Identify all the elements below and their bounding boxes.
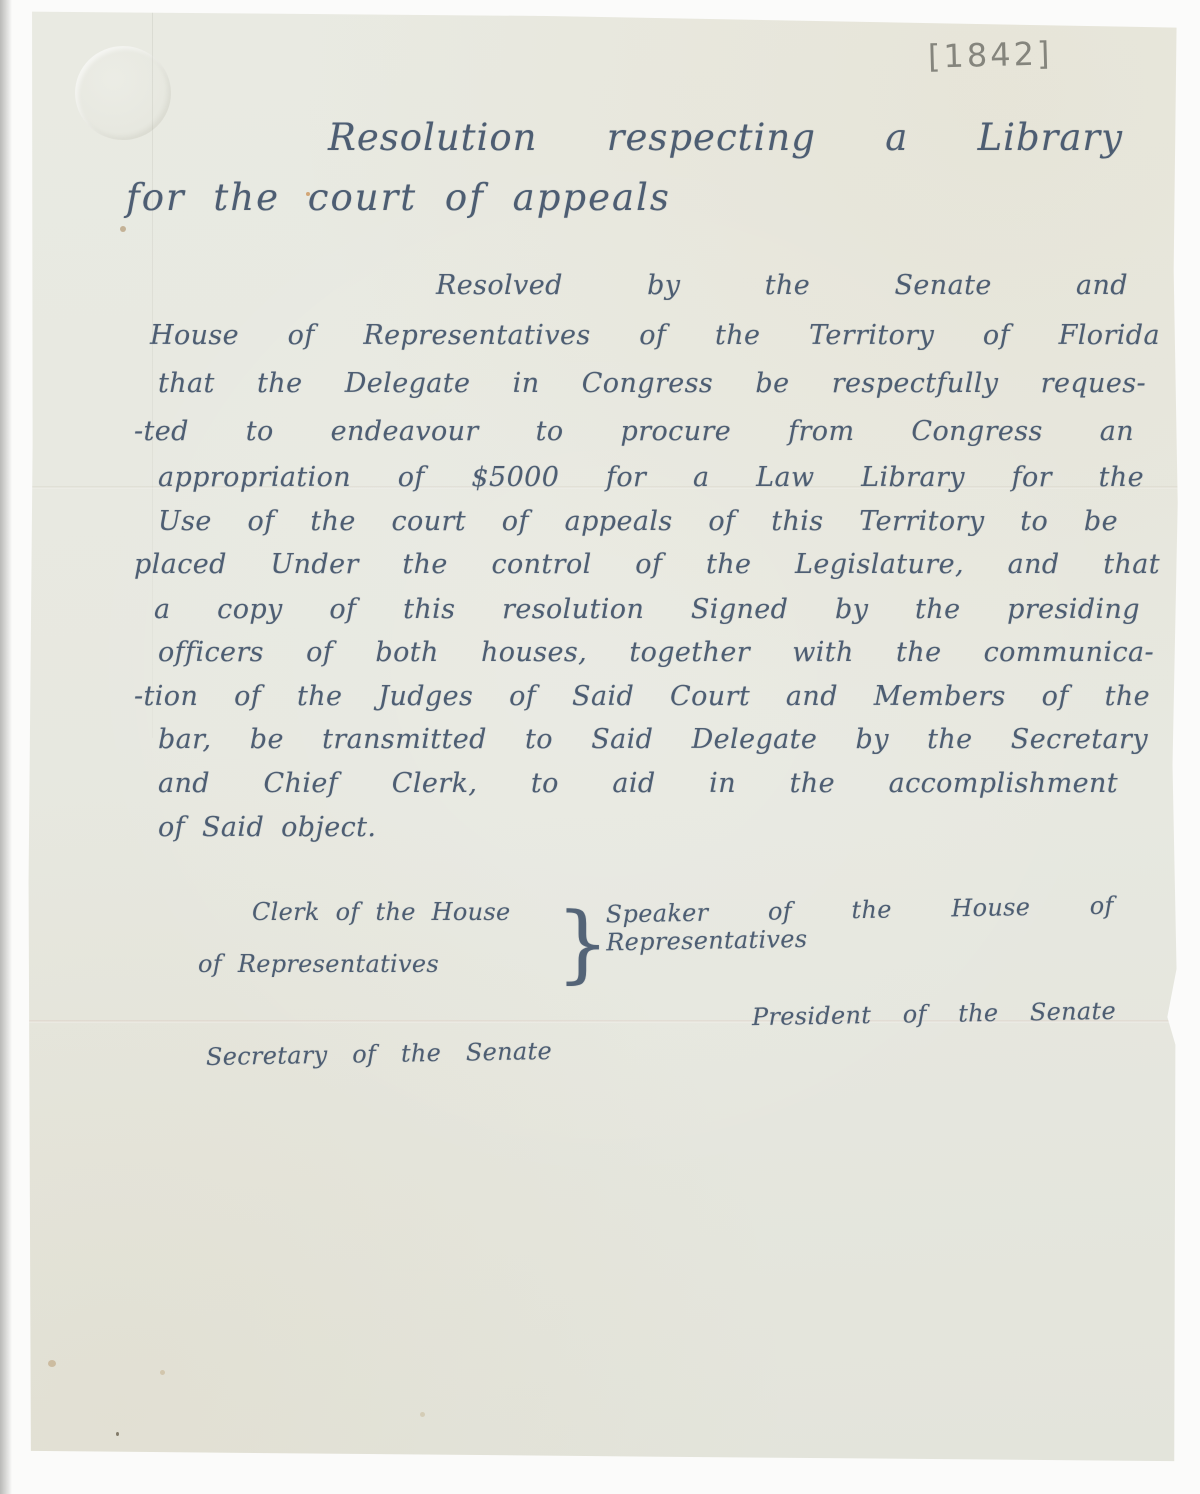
signature-clerk-line-2: of Representatives bbox=[198, 950, 439, 978]
manuscript-line: appropriation of $5000 for a Law Library… bbox=[158, 462, 1144, 493]
signature-brace: } bbox=[556, 894, 609, 992]
title-line-1: Resolution respecting a Library bbox=[328, 116, 1123, 159]
signature-president: President of the Senate bbox=[752, 997, 1116, 1031]
archival-year-note: [1842] bbox=[928, 34, 1053, 75]
manuscript-line: officers of both houses, together with t… bbox=[158, 637, 1154, 668]
manuscript-line: Use of the court of appeals of this Terr… bbox=[158, 506, 1118, 537]
foxing-spot bbox=[120, 226, 126, 232]
manuscript-line: House of Representatives of the Territor… bbox=[150, 320, 1160, 351]
vertical-crease bbox=[152, 8, 153, 738]
manuscript-line: a copy of this resolution Signed by the … bbox=[154, 594, 1140, 625]
scan-background: { "document": { "archival_note": "[1842]… bbox=[0, 0, 1200, 1494]
title-line-2: for the court of appeals bbox=[126, 176, 671, 219]
manuscript-line: bar, be transmitted to Said Delegate by … bbox=[158, 724, 1148, 755]
foxing-spot bbox=[48, 1360, 56, 1367]
manuscript-line: -ted to endeavour to procure from Congre… bbox=[134, 416, 1134, 447]
signature-clerk-line-1: Clerk of the House bbox=[252, 898, 511, 926]
manuscript-line: and Chief Clerk, to aid in the accomplis… bbox=[158, 768, 1118, 799]
manuscript-line: placed Under the control of the Legislat… bbox=[134, 549, 1160, 580]
document-page: [1842] Resolution respecting a Library f… bbox=[28, 8, 1180, 1464]
manuscript-line: of Said object. bbox=[158, 812, 376, 843]
embossed-seal bbox=[75, 46, 171, 140]
manuscript-line: Resolved by the Senate and bbox=[436, 270, 1128, 301]
foxing-spot bbox=[160, 1370, 165, 1375]
signature-secretary: Secretary of the Senate bbox=[206, 1037, 552, 1071]
foxing-spot bbox=[116, 1432, 119, 1436]
manuscript-line: -tion of the Judges of Said Court and Me… bbox=[134, 681, 1150, 712]
scanner-edge-shadow bbox=[0, 0, 12, 1494]
signature-speaker: Speaker of the House of Representatives bbox=[606, 892, 1115, 957]
foxing-spot bbox=[420, 1412, 425, 1417]
manuscript-line: that the Delegate in Congress be respect… bbox=[158, 368, 1146, 399]
